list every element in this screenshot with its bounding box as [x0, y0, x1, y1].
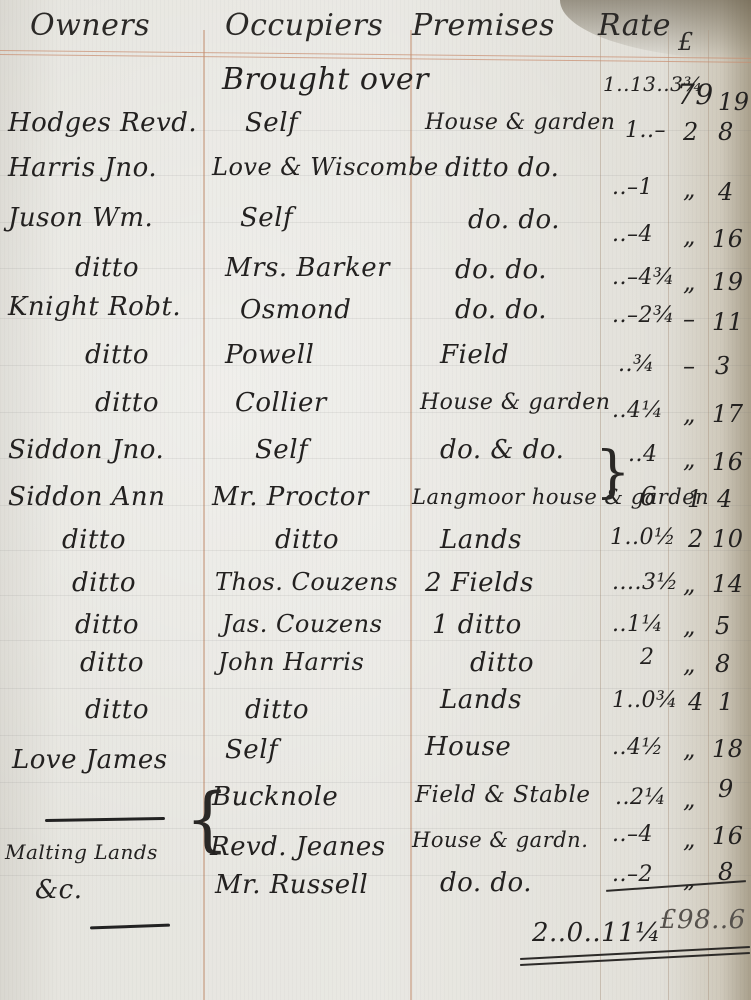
premises-cell: do. & do.: [440, 435, 564, 465]
premises-cell: House & gardn.: [412, 828, 588, 852]
amount-total: £98..6: [660, 905, 746, 935]
header-premises: Premises: [412, 8, 555, 43]
pence-cell: 18: [712, 735, 744, 763]
rate-total: 2..0..11¼: [532, 918, 661, 948]
rate-cell: ..–2: [612, 862, 653, 887]
premises-cell: Field: [440, 340, 509, 370]
rate-cell: ..4¼: [612, 398, 663, 423]
shillings-cell: –: [683, 352, 696, 380]
premises-cell: House & garden: [420, 390, 610, 415]
shillings-cell: „: [683, 222, 696, 250]
shillings-cell: –: [683, 305, 696, 333]
occupier-cell: Mr. Russell: [215, 870, 368, 900]
pence-cell: 11: [712, 308, 744, 336]
occupier-cell: Love & Wiscombe: [212, 153, 439, 181]
shillings-cell: „: [683, 268, 696, 296]
occupier-cell: Self: [255, 435, 308, 465]
rate-cell: 2: [640, 645, 655, 670]
occupier-cell: Thos. Couzens: [215, 568, 398, 596]
flourish-stroke: [45, 817, 165, 822]
shillings-cell: „: [683, 570, 696, 598]
rate-cell: ..–1: [612, 175, 653, 200]
owner-cell: Hodges Revd.: [8, 108, 197, 138]
premises-cell: Lands: [440, 525, 522, 555]
rate-cell: ..–4¾: [612, 265, 675, 290]
owner-cell: ditto: [85, 340, 149, 370]
shillings-cell: „: [683, 735, 696, 763]
occupier-cell: Mr. Proctor: [212, 482, 369, 512]
pence-cell: 17: [712, 400, 744, 428]
occupier-cell: Revd. Jeanes: [210, 832, 386, 862]
premises-cell: Field & Stable: [415, 782, 591, 808]
shillings-cell: „: [683, 785, 696, 813]
header-owners: Owners: [30, 8, 150, 43]
premises-cell: Lands: [440, 685, 522, 715]
occupier-cell: Osmond: [240, 295, 351, 325]
rate-cell: 6: [640, 482, 657, 512]
rate-cell: ..1¼: [612, 612, 663, 637]
owner-cell: ditto: [80, 648, 144, 678]
premises-cell: do. do.: [455, 295, 547, 325]
shillings-cell: „: [683, 400, 696, 428]
premises-cell: do. do.: [455, 255, 547, 285]
premises-cell: 2 Fields: [425, 568, 534, 598]
ruled-line: [0, 640, 751, 641]
pence-cell: 14: [712, 570, 744, 598]
header-rule: [0, 50, 751, 63]
header-pound: £: [678, 28, 694, 56]
occupier-cell: Self: [245, 108, 298, 138]
premises-cell: do. do.: [440, 868, 532, 898]
occupier-cell: Bucknole: [212, 782, 338, 812]
pence-cell: 4: [717, 485, 733, 513]
owner-cell: Knight Robt.: [8, 292, 181, 322]
pence-cell: 4: [718, 178, 734, 206]
owner-cell: &c.: [35, 875, 82, 905]
owner-cell: Siddon Jno.: [8, 435, 164, 465]
rate-cell: ..2¼: [615, 785, 666, 810]
owner-cell: Juson Wm.: [8, 203, 153, 233]
shillings-cell: „: [683, 865, 696, 893]
pence-cell: 16: [712, 225, 744, 253]
brought-over-shillings: 79: [677, 78, 714, 111]
ruled-line: [0, 782, 751, 783]
pence-cell: 9: [718, 775, 734, 803]
owner-cell: ditto: [95, 388, 159, 418]
shillings-cell: 4: [688, 688, 704, 716]
occupier-cell: Jas. Couzens: [222, 610, 382, 638]
pence-cell: 8: [718, 118, 734, 146]
total-rule-bottom: [520, 952, 750, 966]
rate-cell: 1..–: [625, 118, 666, 143]
owner-cell: ditto: [75, 610, 139, 640]
rate-cell: ..4: [628, 442, 657, 467]
owner-cell: Love James: [12, 745, 168, 775]
pence-cell: 16: [712, 822, 744, 850]
rate-cell: ..–4: [612, 222, 653, 247]
occupier-cell: Collier: [235, 388, 327, 418]
premises-cell: House: [425, 732, 511, 762]
shillings-cell: 2: [688, 525, 704, 553]
shillings-cell: 2: [683, 118, 699, 146]
pence-cell: 16: [712, 448, 744, 476]
premises-cell: House & garden: [425, 110, 615, 135]
premises-cell: ditto do.: [445, 153, 559, 183]
brought-over-pence: 19: [718, 88, 750, 116]
pence-cell: 5: [715, 612, 731, 640]
pence-cell: 3: [715, 352, 731, 380]
owner-cell: Harris Jno.: [8, 153, 157, 183]
shillings-cell: „: [683, 650, 696, 678]
rate-cell: ..–2¾: [612, 303, 675, 328]
premises-cell: Langmoor house & garden: [412, 485, 709, 509]
shillings-cell: 1: [687, 485, 703, 513]
ledger-page: Owners Occupiers Premises Rate £ Brought…: [0, 0, 751, 1000]
premises-cell: 1 ditto: [432, 610, 522, 640]
shillings-cell: „: [683, 445, 696, 473]
pence-cell: 1: [718, 688, 734, 716]
occupier-cell: ditto: [245, 695, 309, 725]
shillings-cell: „: [683, 175, 696, 203]
occupier-cell: ditto: [275, 525, 339, 555]
rate-cell: ....3½: [612, 570, 678, 595]
owner-cell: ditto: [85, 695, 149, 725]
owner-cell: Malting Lands: [5, 840, 158, 864]
occupier-cell: Self: [240, 203, 293, 233]
owner-cell: ditto: [75, 253, 139, 283]
flourish-stroke: [90, 924, 170, 930]
header-rate: Rate: [598, 8, 671, 43]
shillings-cell: „: [683, 825, 696, 853]
rate-cell: ..–4: [612, 822, 653, 847]
rate-cell: 1..0¾: [612, 688, 678, 713]
pence-cell: 19: [712, 268, 744, 296]
owner-cell: ditto: [62, 525, 126, 555]
owner-cell: ditto: [72, 568, 136, 598]
owner-cell: Siddon Ann: [8, 482, 165, 512]
rate-cell: 1..0½: [610, 525, 676, 550]
premises-cell: do. do.: [468, 205, 560, 235]
header-occupiers: Occupiers: [225, 8, 383, 43]
occupier-cell: John Harris: [218, 648, 364, 676]
premises-cell: ditto: [470, 648, 534, 678]
brace-glyph: }: [595, 440, 631, 505]
occupier-cell: Mrs. Barker: [225, 253, 390, 283]
pence-cell: 8: [715, 650, 731, 678]
pence-cell: 10: [712, 525, 744, 553]
rate-cell: ..4½: [612, 735, 663, 760]
occupier-cell: Powell: [225, 340, 314, 370]
shillings-cell: „: [683, 612, 696, 640]
occupier-cell: Self: [225, 735, 278, 765]
brought-over-label: Brought over: [222, 62, 429, 97]
rate-cell: ..¾: [618, 352, 655, 377]
